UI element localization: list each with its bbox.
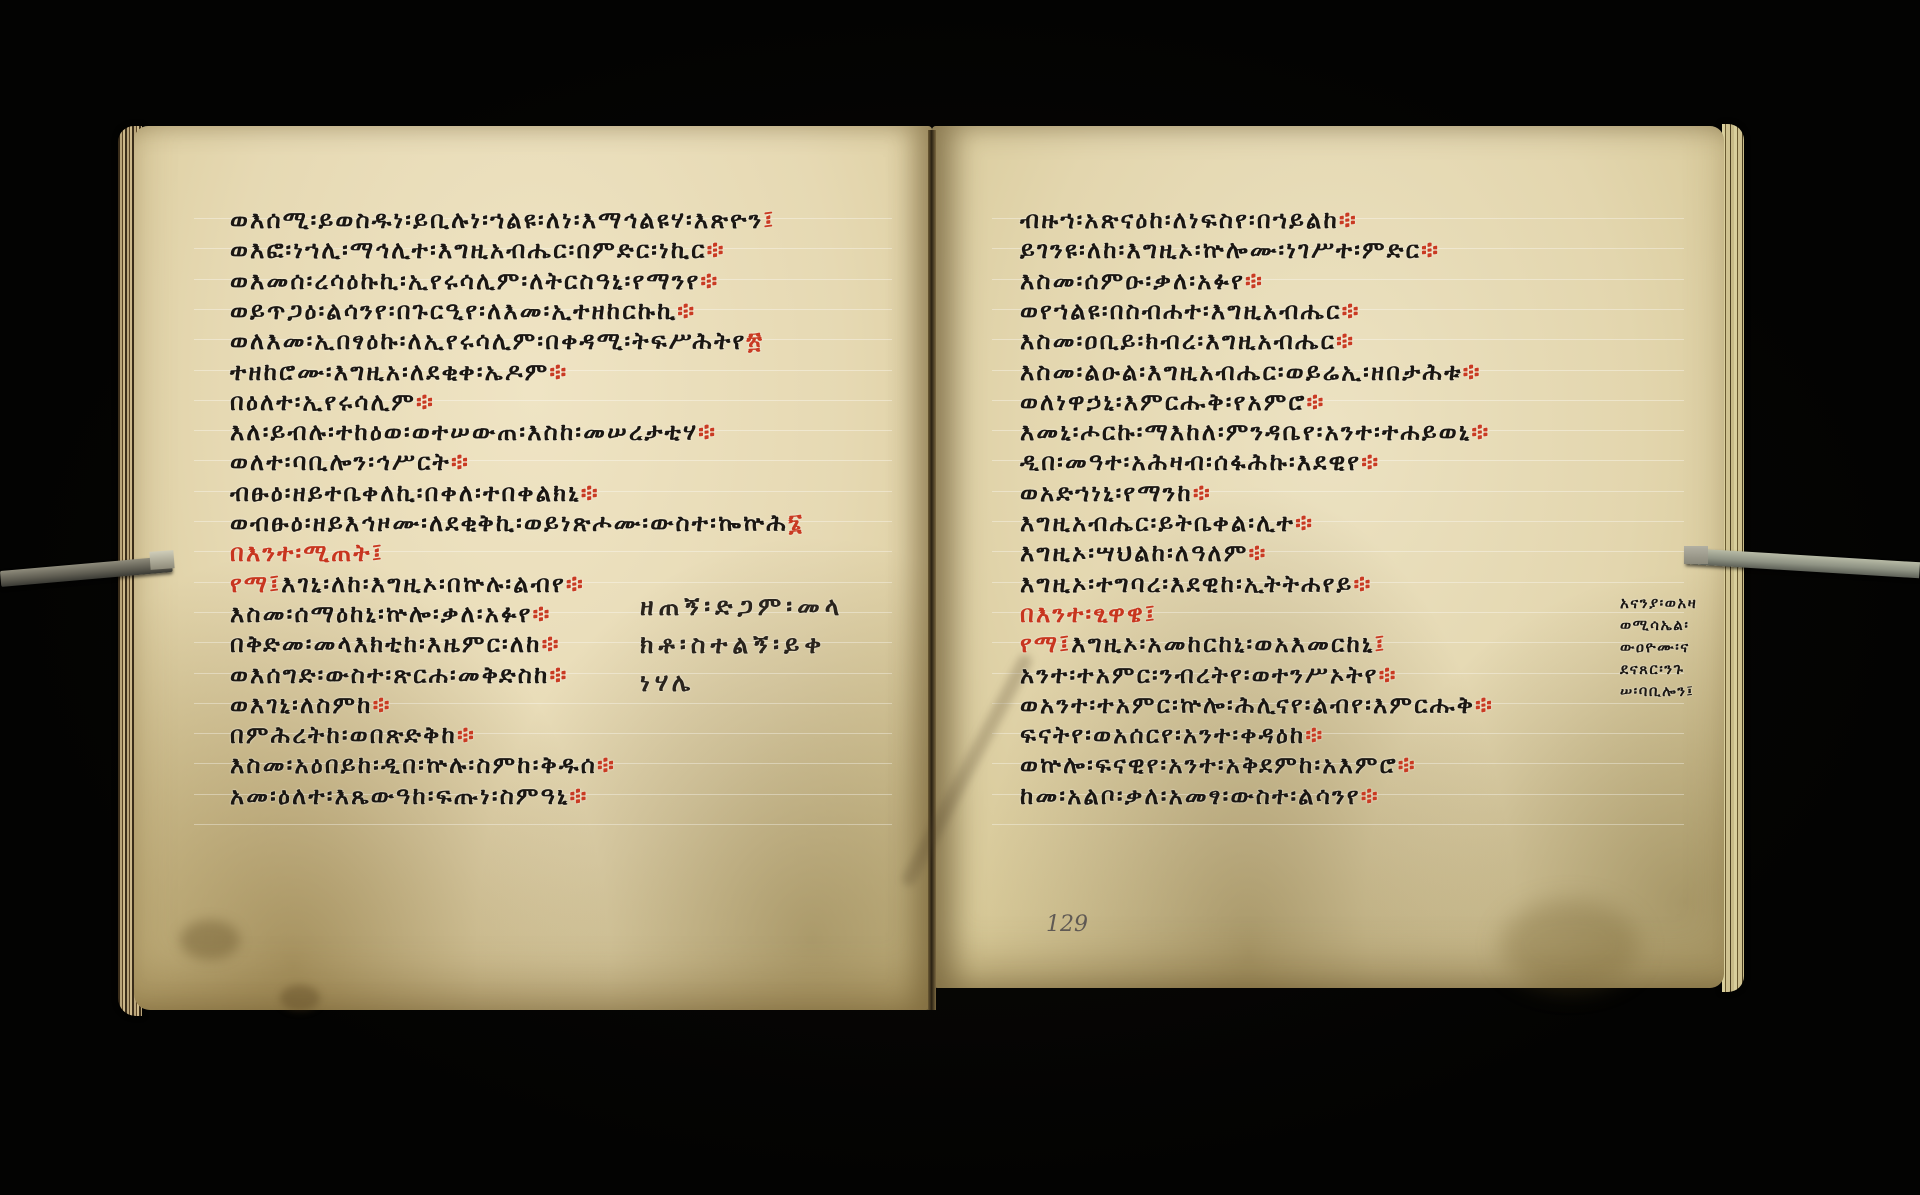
line-text: እግዚኦ፡አመከርከኒ፡ወአእመርከኒ	[1071, 630, 1374, 658]
verse-divider-icon: ፨	[1398, 751, 1417, 779]
line-text: እስመ፡አዕበይከ፡ዲበ፡ኵሉ፡ስምከ፡ቅዱሰ	[230, 751, 597, 779]
verse-divider-icon: ፨	[1463, 358, 1482, 386]
manuscript-line: ዲበ፡መዓተ፡አሕዛብ፡ሰፋሕኩ፡እደዊየ፨	[1020, 448, 1380, 476]
verse-divider-icon: ፨	[1336, 327, 1355, 355]
verse-divider-icon: ፨	[597, 751, 616, 779]
manuscript-line: ወአድኀነኒ፡የማንከ፨	[1020, 479, 1212, 507]
line-text: ተዘከሮሙ፡እግዚአ፡ለደቂቀ፡ኤዶም	[230, 358, 549, 386]
line-text: ወእሰሚ፡ይወስዱነ፡ይቢሉነ፡ኀልዩ፡ለነ፡እማኅልዩሃ፡እጽዮን	[230, 206, 763, 234]
manuscript-line: እግዚኦ፡ተግባረ፡እደዊከ፡ኢትትሐየይ፨	[1020, 570, 1373, 598]
line-text: አንተ፡ተአምር፡ንብረትየ፡ወተንሥኦትየ	[1020, 661, 1379, 689]
manuscript-line: ወእመሰ፡ረሳዕኩኪ፡ኢየሩሳሊም፡ለትርስዓኒ፡የማንየ፨	[230, 267, 719, 295]
line-text: እግዚኦ፡ሣህልከ፡ለዓለም	[1020, 539, 1248, 567]
verse-divider-icon: ፮	[788, 509, 804, 537]
verse-divider-icon: ፨	[1353, 570, 1372, 598]
manuscript-line: ወእሰግድ፡ውስተ፡ጽርሐ፡መቅድስከ፨	[230, 661, 569, 689]
folio-number: 129	[1046, 912, 1088, 937]
line-text: እለ፡ይብሉ፡ተከዕወ፡ወተሠውጠ፡እስከ፡መሠረታቲሃ	[230, 418, 698, 446]
line-text: እስመ፡ሰምዑ፡ቃለ፡አፉየ	[1020, 267, 1245, 295]
rubric-prefix: የማ፤	[1020, 630, 1071, 658]
verse-divider-icon: ፨	[566, 570, 585, 598]
manuscript-line: ወእገኒ፡ለስምከ፨	[230, 691, 392, 719]
line-text: ዲበ፡መዓተ፡አሕዛብ፡ሰፋሕኩ፡እደዊየ	[1020, 448, 1361, 476]
manuscript-line: በእንተ፡ሚጠት፤	[230, 539, 384, 567]
line-text: ፍናትየ፡ወአሰርየ፡አንተ፡ቀዳዕከ	[1020, 721, 1305, 749]
verse-divider-icon: ፤	[763, 206, 775, 234]
line-text: ወእመሰ፡ረሳዕኩኪ፡ኢየሩሳሊም፡ለትርስዓኒ፡የማንየ	[230, 267, 700, 295]
verse-divider-icon: ፨	[451, 448, 470, 476]
verse-divider-icon: ፨	[1379, 661, 1398, 689]
manuscript-line: የማ፤እገኒ፡ለከ፡እግዚኦ፡በኵሉ፡ልብየ፨	[230, 570, 585, 598]
marginal-note-line: ውዐዮሙ፡ና	[1620, 638, 1690, 656]
stain	[280, 985, 320, 1011]
line-text: ወእፎ፡ነኀሊ፡ማኅሊተ፡እግዚአብሔር፡በምድር፡ነኪር	[230, 236, 707, 264]
manuscript-line: እስመ፡አዕበይከ፡ዲበ፡ኵሉ፡ስምከ፡ቅዱሰ፨	[230, 751, 616, 779]
manuscript-line: እስመ፡ሰምዑ፡ቃለ፡አፉየ፨	[1020, 267, 1264, 295]
manuscript-line: ወብፁዕ፡ዘይእኅዞሙ፡ለደቂቅኪ፡ወይነጽሖሙ፡ውስተ፡ኰኵሕ፮	[230, 509, 804, 537]
line-text: ይገንዩ፡ለከ፡እግዚኦ፡ኵሎሙ፡ነገሥተ፡ምድር	[1020, 236, 1421, 264]
verse-divider-icon: ፳	[746, 327, 764, 355]
line-text: ወይጥጋዕ፡ልሳንየ፡በጉርዒየ፡ለእመ፡ኢተዘከርኩኪ	[230, 297, 677, 325]
line-text: ወእሰግድ፡ውስተ፡ጽርሐ፡መቅድስከ	[230, 661, 550, 689]
verse-divider-icon: ፨	[1342, 297, 1361, 325]
manuscript-line: እግዚኦ፡ሣህልከ፡ለዓለም፨	[1020, 539, 1268, 567]
line-text: ወየኀልዩ፡በስብሐተ፡እግዚአብሔር	[1020, 297, 1342, 325]
verse-divider-icon: ፨	[1305, 721, 1324, 749]
bookmark-tip-left	[149, 550, 174, 570]
line-text: በምሕረትከ፡ወበጽድቅከ	[230, 721, 457, 749]
book-gutter	[928, 130, 936, 1010]
verse-divider-icon: ፨	[1248, 539, 1267, 567]
manuscript-line: ፍናትየ፡ወአሰርየ፡አንተ፡ቀዳዕከ፨	[1020, 721, 1324, 749]
line-text: እገኒ፡ለከ፡እግዚኦ፡በኵሉ፡ልብየ	[281, 570, 566, 598]
line-text: ብዙኀ፡አጽናዕከ፡ለነፍስየ፡በኀይልከ	[1020, 206, 1339, 234]
line-text: እመኒ፡ሖርኩ፡ማእከለ፡ምንዳቤየ፡አንተ፡ተሐይወኒ	[1020, 418, 1471, 446]
verse-divider-icon: ፨	[533, 600, 552, 628]
verse-divider-icon: ፨	[677, 297, 696, 325]
manuscript-line: እስመ፡ሰማዕከኒ፡ኵሎ፡ቃለ፡አፉየ፨	[230, 600, 552, 628]
line-text: ወብፁዕ፡ዘይእኅዞሙ፡ለደቂቅኪ፡ወይነጽሖሙ፡ውስተ፡ኰኵሕ	[230, 509, 788, 537]
manuscript-line: እመኒ፡ሖርኩ፡ማእከለ፡ምንዳቤየ፡አንተ፡ተሐይወኒ፨	[1020, 418, 1490, 446]
marginal-note-line: ነሃሌ	[640, 668, 695, 698]
rubric-heading: በእንተ፡ፂዋዌ	[1020, 600, 1145, 628]
line-text: እስመ፡ሰማዕከኒ፡ኵሎ፡ቃለ፡አፉየ	[230, 600, 533, 628]
manuscript-line: ወለእመ፡ኢበፃዕኩ፡ለኢየሩሳሊም፡በቀዳሚ፡ትፍሥሕትየ፳	[230, 327, 764, 355]
marginal-note-line: ሠ፡ባቢሎን፤	[1620, 682, 1694, 700]
manuscript-line: በምሕረትከ፡ወበጽድቅከ፨	[230, 721, 476, 749]
line-text: በዕለተ፡ኢየሩሳሊም	[230, 388, 416, 416]
verse-divider-icon: ፨	[1361, 448, 1380, 476]
verse-divider-icon: ፨	[1471, 418, 1490, 446]
line-text: ከመ፡አልቦ፡ቃለ፡አመፃ፡ውስተ፡ልሳንየ	[1020, 782, 1361, 810]
marginal-note-line: አናንያ፡ወአዛ	[1620, 594, 1697, 612]
manuscript-line: ብዙኀ፡አጽናዕከ፡ለነፍስየ፡በኀይልከ፨	[1020, 206, 1358, 234]
verse-divider-icon: ፨	[700, 267, 719, 295]
line-text: በቅድመ፡መላእክቲከ፡እዜምር፡ለከ	[230, 630, 542, 658]
manuscript-line: ወአንተ፡ተአምር፡ኵሎ፡ሕሊናየ፡ልብየ፡እምርሑቅ፨	[1020, 691, 1494, 719]
verse-divider-icon: ፨	[550, 661, 569, 689]
line-text: ወእገኒ፡ለስምከ	[230, 691, 373, 719]
manuscript-line: ተዘከሮሙ፡እግዚአ፡ለደቂቀ፡ኤዶም፨	[230, 358, 568, 386]
verse-divider-icon: ፨	[698, 418, 717, 446]
manuscript-line: ወየኀልዩ፡በስብሐተ፡እግዚአብሔር፨	[1020, 297, 1361, 325]
line-text: ወአንተ፡ተአምር፡ኵሎ፡ሕሊናየ፡ልብየ፡እምርሑቅ	[1020, 691, 1475, 719]
manuscript-line: እግዚአብሔር፡ይትቤቀል፡ሊተ፨	[1020, 509, 1314, 537]
line-text: እግዚአብሔር፡ይትቤቀል፡ሊተ	[1020, 509, 1295, 537]
verse-divider-icon: ፤	[1145, 600, 1157, 628]
manuscript-line: እስመ፡ዐቢይ፡ክብረ፡እግዚአብሔር፨	[1020, 327, 1355, 355]
verse-divider-icon: ፨	[1295, 509, 1314, 537]
manuscript-line: በእንተ፡ፂዋዌ፤	[1020, 600, 1157, 628]
verse-divider-icon: ፨	[1475, 691, 1494, 719]
manuscript-line: በቅድመ፡መላእክቲከ፡እዜምር፡ለከ፨	[230, 630, 561, 658]
verse-divider-icon: ፨	[416, 388, 435, 416]
verse-divider-icon: ፨	[1307, 388, 1326, 416]
line-text: ወአድኀነኒ፡የማንከ	[1020, 479, 1193, 507]
marginal-note-line: ደናጸር፡ንጉ	[1620, 660, 1685, 678]
line-text: ብፁዕ፡ዘይተቤቀለኪ፡በቀለ፡ተበቀልክኒ	[230, 479, 581, 507]
manuscript-line: ወእፎ፡ነኀሊ፡ማኅሊተ፡እግዚአብሔር፡በምድር፡ነኪር፨	[230, 236, 726, 264]
line-text: ወለነዋኃኒ፡እምርሑቅ፡የአምሮ	[1020, 388, 1307, 416]
marginal-note-line: ክቶ፡ስተልኝ፡ይቀ	[640, 630, 826, 660]
manuscript-line: ይገንዩ፡ለከ፡እግዚኦ፡ኵሎሙ፡ነገሥተ፡ምድር፨	[1020, 236, 1440, 264]
marginal-note-line: ወሚሳኤል፡	[1620, 616, 1689, 634]
manuscript-line: እስመ፡ልዑል፡እግዚአብሔር፡ወይሬኢ፡ዘበታሕቱ፨	[1020, 358, 1482, 386]
manuscript-line: ከመ፡አልቦ፡ቃለ፡አመፃ፡ውስተ፡ልሳንየ፨	[1020, 782, 1380, 810]
verse-divider-icon: ፨	[570, 782, 589, 810]
ruling-line	[194, 824, 892, 825]
manuscript-line: አንተ፡ተአምር፡ንብረትየ፡ወተንሥኦትየ፨	[1020, 661, 1398, 689]
line-text: እስመ፡ዐቢይ፡ክብረ፡እግዚአብሔር	[1020, 327, 1336, 355]
verse-divider-icon: ፤	[1374, 630, 1386, 658]
stain	[180, 920, 240, 960]
manuscript-line: እለ፡ይብሉ፡ተከዕወ፡ወተሠውጠ፡እስከ፡መሠረታቲሃ፨	[230, 418, 717, 446]
manuscript-line: ወለነዋኃኒ፡እምርሑቅ፡የአምሮ፨	[1020, 388, 1326, 416]
manuscript-line: ብፁዕ፡ዘይተቤቀለኪ፡በቀለ፡ተበቀልክኒ፨	[230, 479, 600, 507]
verse-divider-icon: ፨	[1421, 236, 1440, 264]
marginal-note-line: ዘጠኝ፡ድጋም፡መላ	[640, 592, 844, 622]
verse-divider-icon: ፨	[549, 358, 568, 386]
verse-divider-icon: ፨	[542, 630, 561, 658]
manuscript-line: ወይጥጋዕ፡ልሳንየ፡በጉርዒየ፡ለእመ፡ኢተዘከርኩኪ፨	[230, 297, 696, 325]
verse-divider-icon: ፨	[1339, 206, 1358, 234]
verse-divider-icon: ፨	[457, 721, 476, 749]
manuscript-line: ወእሰሚ፡ይወስዱነ፡ይቢሉነ፡ኀልዩ፡ለነ፡እማኅልዩሃ፡እጽዮን፤	[230, 206, 775, 234]
manuscript-line: ወኵሎ፡ፍናዊየ፡አንተ፡አቅደምከ፡አእምሮ፨	[1020, 751, 1417, 779]
line-text: እግዚኦ፡ተግባረ፡እደዊከ፡ኢትትሐየይ	[1020, 570, 1353, 598]
bookmark-tip-right	[1684, 546, 1708, 564]
ruling-line	[992, 824, 1684, 825]
line-text: ወለተ፡ባቢሎን፡ኅሥርት	[230, 448, 451, 476]
manuscript-line: የማ፤እግዚኦ፡አመከርከኒ፡ወአእመርከኒ፤	[1020, 630, 1386, 658]
line-text: አመ፡ዕለተ፡እጼውዓከ፡ፍጡነ፡ስምዓኒ	[230, 782, 570, 810]
verse-divider-icon: ፨	[1361, 782, 1380, 810]
verse-divider-icon: ፤	[372, 539, 384, 567]
verse-divider-icon: ፨	[1193, 479, 1212, 507]
verse-divider-icon: ፨	[581, 479, 600, 507]
verse-divider-icon: ፨	[707, 236, 726, 264]
line-text: ወኵሎ፡ፍናዊየ፡አንተ፡አቅደምከ፡አእምሮ	[1020, 751, 1398, 779]
stain	[1500, 900, 1640, 990]
line-text: እስመ፡ልዑል፡እግዚአብሔር፡ወይሬኢ፡ዘበታሕቱ	[1020, 358, 1463, 386]
rubric-prefix: የማ፤	[230, 570, 281, 598]
line-text: ወለእመ፡ኢበፃዕኩ፡ለኢየሩሳሊም፡በቀዳሚ፡ትፍሥሕትየ	[230, 327, 746, 355]
verse-divider-icon: ፨	[373, 691, 392, 719]
manuscript-line: ወለተ፡ባቢሎን፡ኅሥርት፨	[230, 448, 470, 476]
verse-divider-icon: ፨	[1245, 267, 1264, 295]
manuscript-line: አመ፡ዕለተ፡እጼውዓከ፡ፍጡነ፡ስምዓኒ፨	[230, 782, 589, 810]
manuscript-line: በዕለተ፡ኢየሩሳሊም፨	[230, 388, 435, 416]
rubric-heading: በእንተ፡ሚጠት	[230, 539, 372, 567]
